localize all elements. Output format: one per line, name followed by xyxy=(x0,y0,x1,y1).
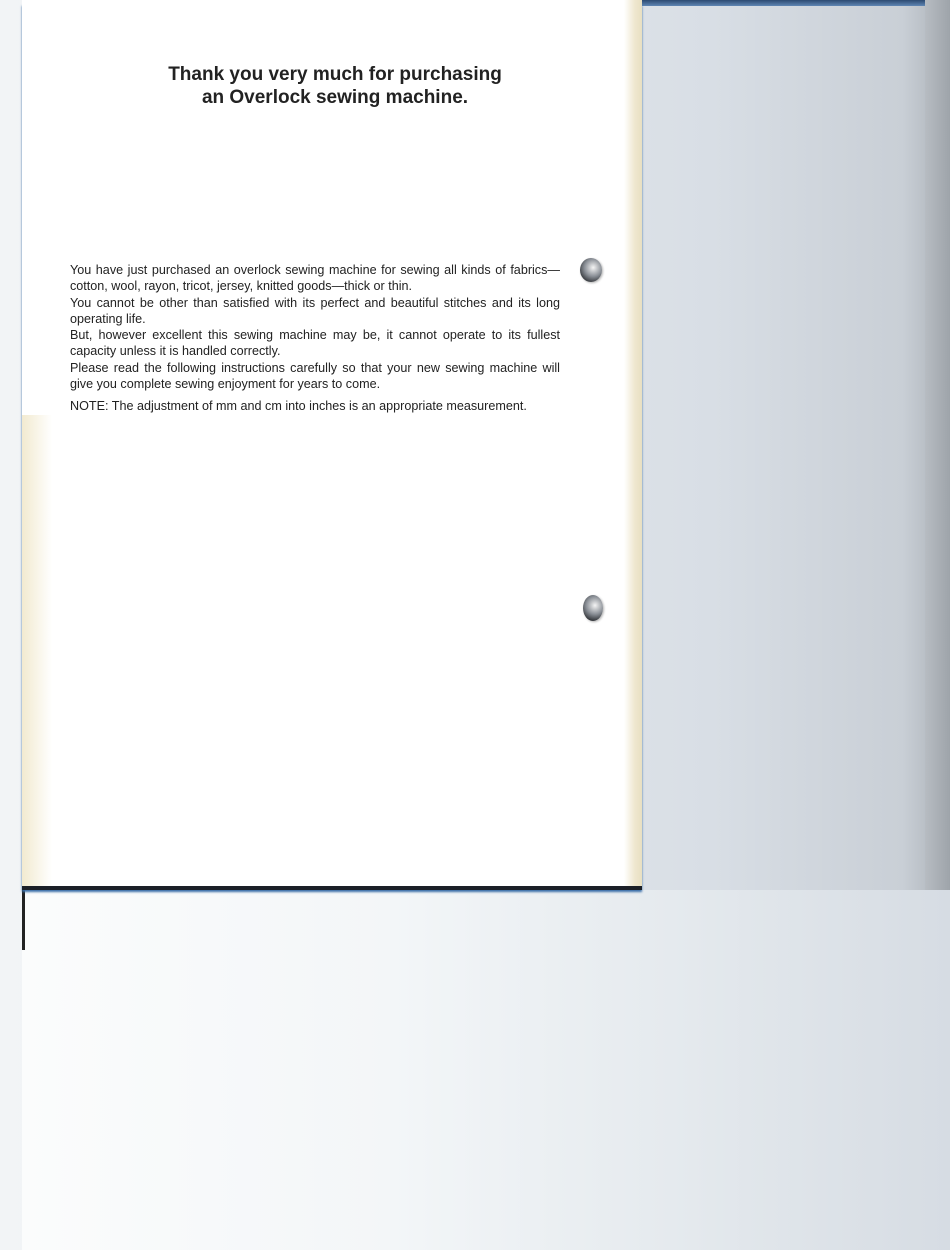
scanned-page xyxy=(22,0,642,886)
intro-text: You have just purchased an overlock sewi… xyxy=(70,262,560,392)
page-right-edge xyxy=(624,0,642,886)
measurement-note: NOTE: The adjustment of mm and cm into i… xyxy=(70,399,590,413)
punch-hole-icon xyxy=(583,595,603,621)
paragraph-4: Please read the following instructions c… xyxy=(70,360,560,393)
page-left-tint xyxy=(22,415,52,886)
punch-hole-icon xyxy=(580,258,602,282)
title-line-1: Thank you very much for purchasing xyxy=(0,63,670,86)
backdrop-top-edge xyxy=(640,0,925,6)
lower-sheet-edge xyxy=(22,890,25,950)
paragraph-3: But, however excellent this sewing machi… xyxy=(70,327,560,360)
paragraph-2: You cannot be other than satisfied with … xyxy=(70,295,560,328)
lower-sheet xyxy=(22,890,950,1250)
title-line-2: an Overlock sewing machine. xyxy=(0,86,670,109)
page-title: Thank you very much for purchasing an Ov… xyxy=(0,63,670,109)
paragraph-1: You have just purchased an overlock sewi… xyxy=(70,262,560,295)
